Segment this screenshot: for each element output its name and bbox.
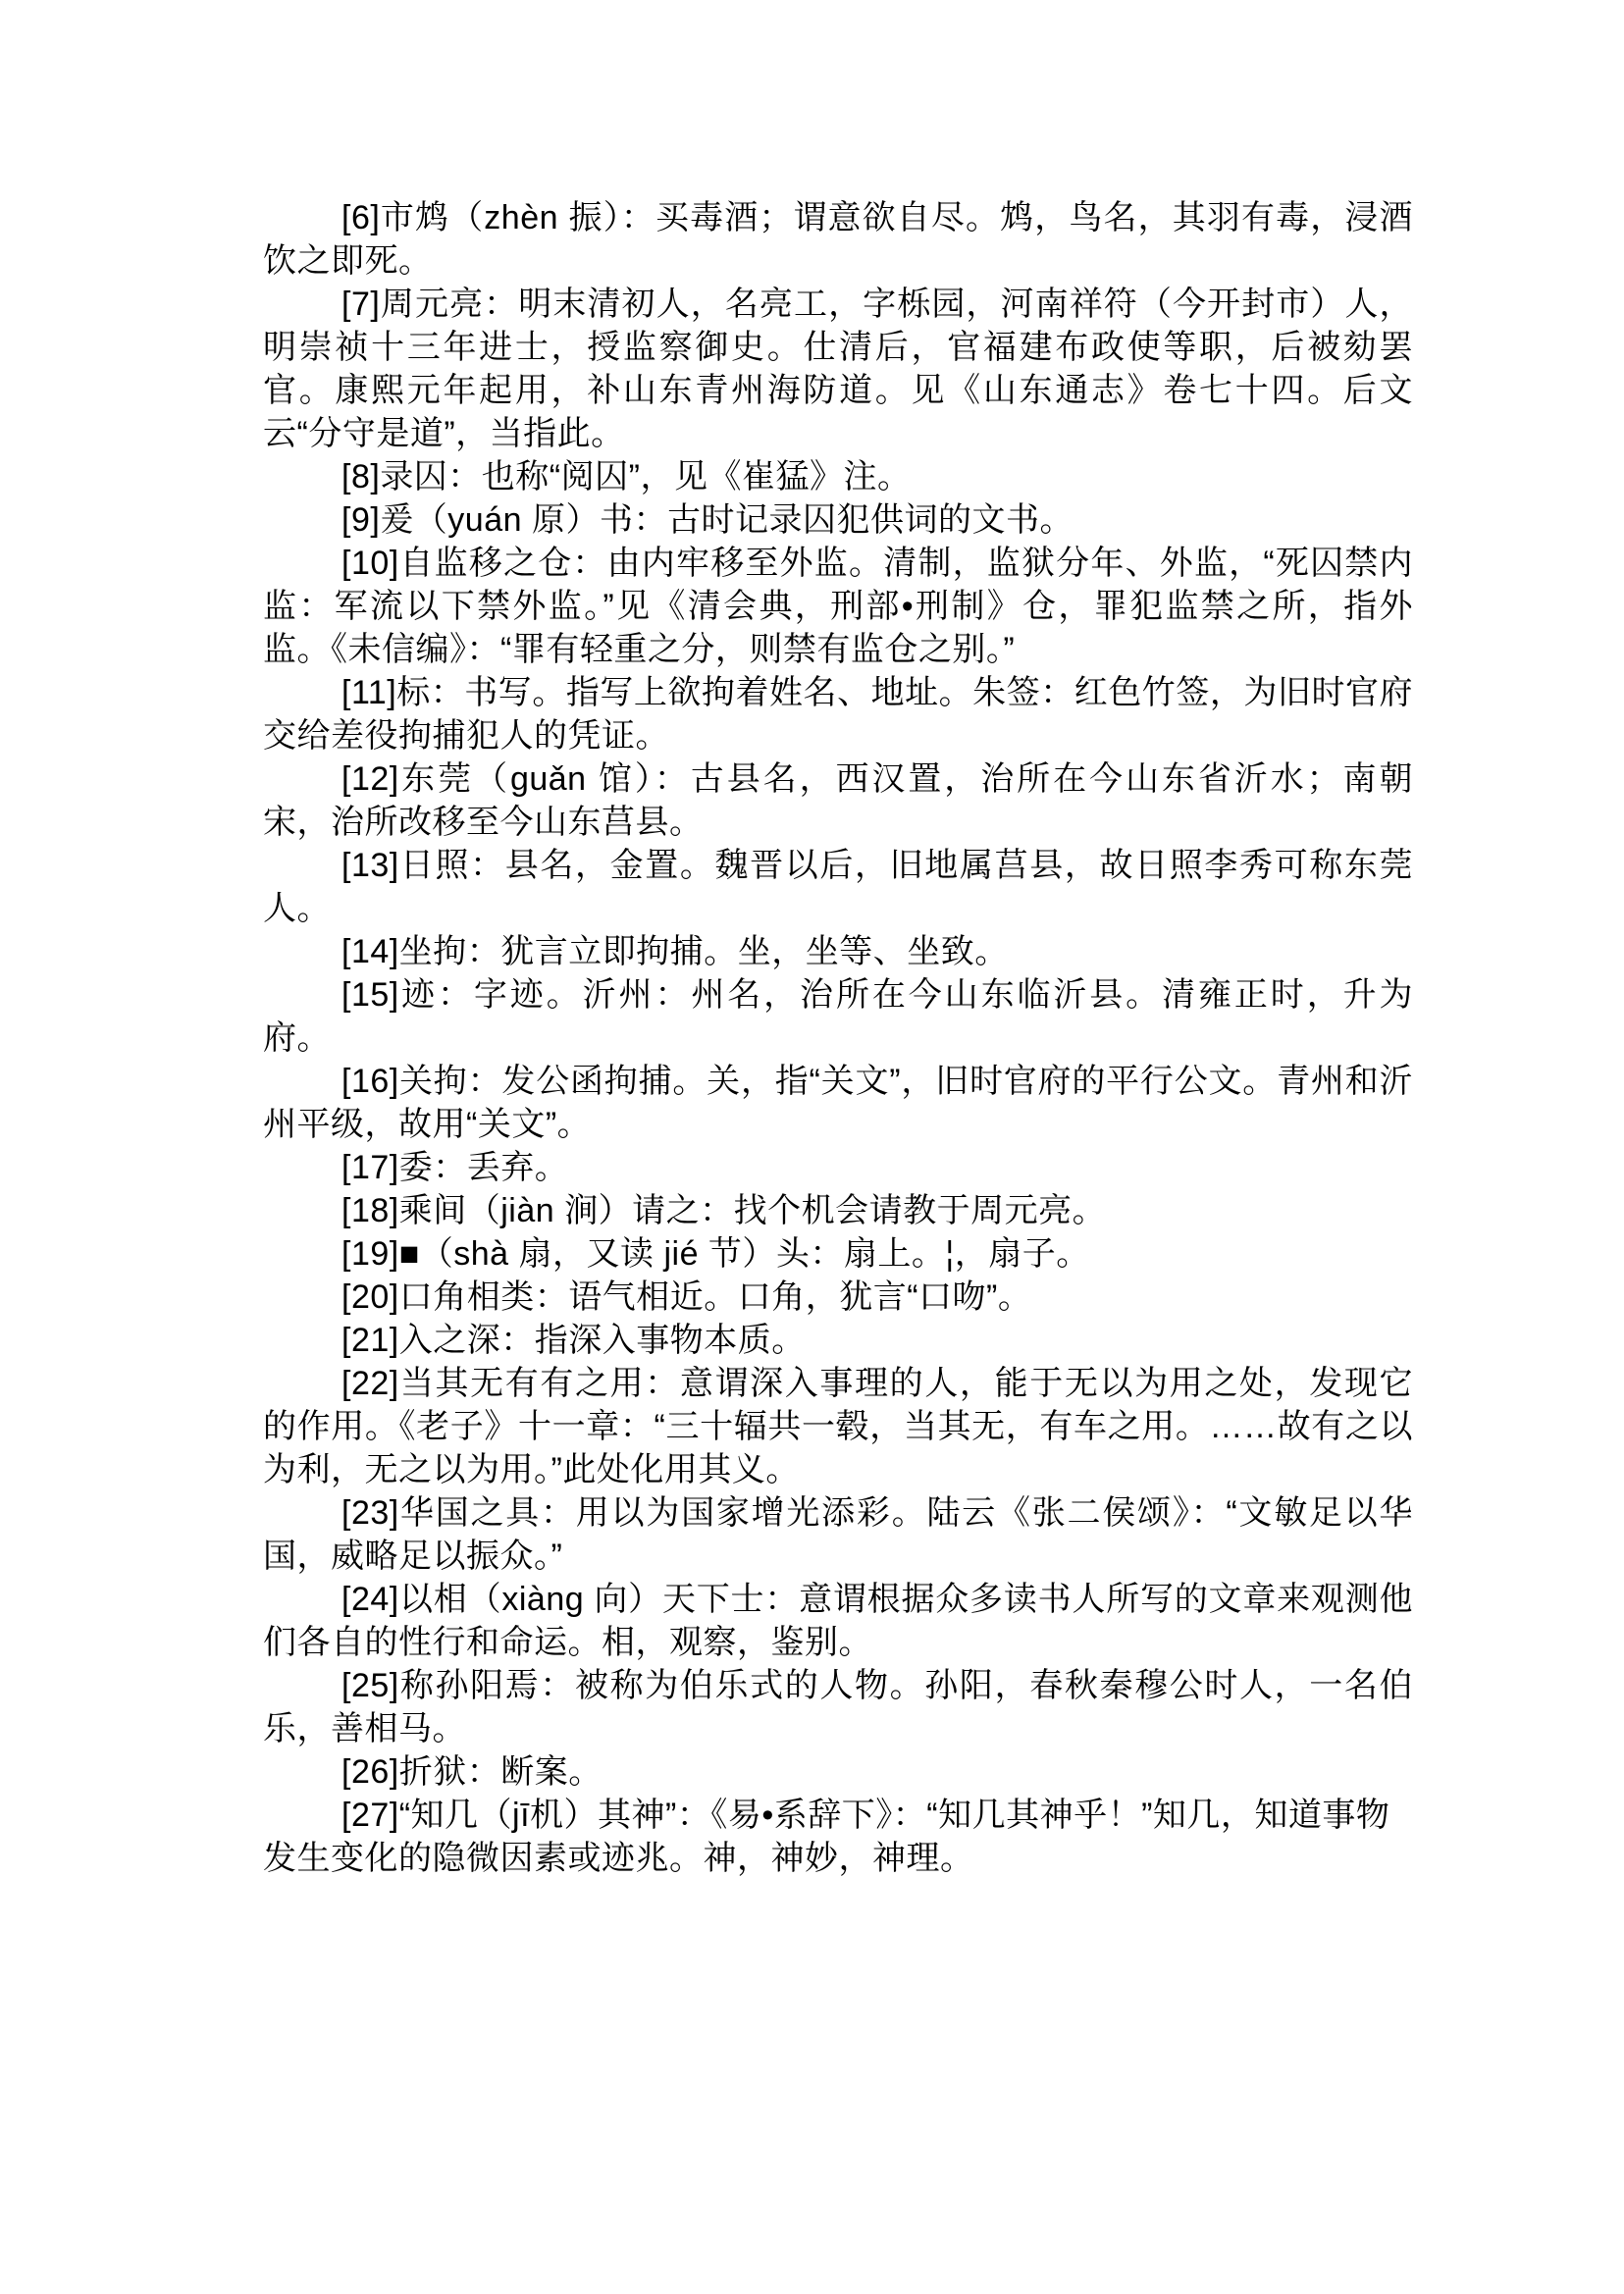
note-label: [15] <box>341 976 399 1014</box>
note-body: 口角相类：语气相近。口角，犹言“口吻”。 <box>399 1278 1032 1316</box>
note-paragraph: [10]自监移之仓：由内牢移至外监。清制，监狱分年、外监，“死囚禁内监：军流以下… <box>263 542 1413 671</box>
note-label: [16] <box>341 1063 399 1100</box>
note-label: [13] <box>341 847 399 884</box>
note-body: 录囚：也称“阅囚”，见《崔猛》注。 <box>380 458 911 495</box>
note-label: [20] <box>341 1278 399 1316</box>
note-label: [17] <box>341 1149 399 1186</box>
note-body: 乘间（jiàn 涧）请之：找个机会请教于周元亮。 <box>399 1192 1106 1229</box>
note-paragraph: [16]关拘：发公函拘捕。关，指“关文”，旧时官府的平行公文。青州和沂州平级，故… <box>263 1060 1413 1146</box>
note-body: 爰（yuán 原）书：古时记录囚犯供词的文书。 <box>380 501 1074 539</box>
note-body: 周元亮：明末清初人，名亮工，字栎园，河南祥符（今开封市）人，明崇祯十三年进士，授… <box>263 286 1413 452</box>
note-paragraph: [22]当其无有有之用：意谓深入事理的人，能于无以为用之处，发现它的作用。《老子… <box>263 1362 1413 1491</box>
note-label: [12] <box>341 760 399 798</box>
note-paragraph: [21]入之深：指深入事物本质。 <box>263 1319 1413 1362</box>
note-label: [24] <box>341 1581 399 1618</box>
note-label: [19] <box>341 1235 399 1273</box>
note-paragraph: [9]爰（yuán 原）书：古时记录囚犯供词的文书。 <box>263 498 1413 542</box>
note-label: [27] <box>341 1797 399 1834</box>
note-body: 迹：字迹。沂州：州名，治所在今山东临沂县。清雍正时，升为府。 <box>263 976 1413 1057</box>
note-label: [8] <box>341 458 380 495</box>
note-body: 当其无有有之用：意谓深入事理的人，能于无以为用之处，发现它的作用。《老子》十一章… <box>263 1365 1413 1488</box>
note-paragraph: [6]市鸩（zhèn 振）：买毒酒；谓意欲自尽。鸩，鸟名，其羽有毒，浸酒饮之即死… <box>263 196 1413 283</box>
note-label: [25] <box>341 1667 399 1704</box>
note-paragraph: [12]东莞（guǎn 馆）：古县名，西汉置，治所在今山东省沂水；南朝宋，治所改… <box>263 757 1413 844</box>
note-label: [22] <box>341 1365 399 1402</box>
note-paragraph: [26]折狱：断案。 <box>263 1750 1413 1794</box>
note-label: [11] <box>341 674 396 711</box>
note-paragraph: [20]口角相类：语气相近。口角，犹言“口吻”。 <box>263 1276 1413 1319</box>
note-body: “知几（jī机）其神”：《易•系辞下》：“知几其神乎！”知几，知道事物发生变化的… <box>263 1797 1389 1877</box>
note-paragraph: [19]■（shà 扇，又读 jié 节）头：扇上。¦，扇子。 <box>263 1232 1413 1276</box>
note-body: 华国之具：用以为国家增光添彩。陆云《张二侯颂》：“文敏足以华国，威略足以振众。” <box>263 1494 1413 1575</box>
note-body: 市鸩（zhèn 振）：买毒酒；谓意欲自尽。鸩，鸟名，其羽有毒，浸酒饮之即死。 <box>263 199 1413 280</box>
note-body: 折狱：断案。 <box>399 1753 602 1791</box>
note-label: [21] <box>341 1322 399 1359</box>
note-paragraph: [18]乘间（jiàn 涧）请之：找个机会请教于周元亮。 <box>263 1189 1413 1232</box>
note-label: [26] <box>341 1753 399 1791</box>
note-label: [10] <box>341 545 399 582</box>
notes-list: [6]市鸩（zhèn 振）：买毒酒；谓意欲自尽。鸩，鸟名，其羽有毒，浸酒饮之即死… <box>263 196 1413 1880</box>
note-body: 称孙阳焉：被称为伯乐式的人物。孙阳，春秋秦穆公时人，一名伯乐，善相马。 <box>263 1667 1413 1747</box>
note-paragraph: [13]日照：县名，金置。魏晋以后，旧地属莒县，故日照李秀可称东莞人。 <box>263 844 1413 930</box>
note-body: 东莞（guǎn 馆）：古县名，西汉置，治所在今山东省沂水；南朝宋，治所改移至今山… <box>263 760 1413 841</box>
note-paragraph: [23]华国之具：用以为国家增光添彩。陆云《张二侯颂》：“文敏足以华国，威略足以… <box>263 1491 1413 1578</box>
note-body: 日照：县名，金置。魏晋以后，旧地属莒县，故日照李秀可称东莞人。 <box>263 847 1413 927</box>
note-label: [7] <box>341 286 380 323</box>
note-body: 入之深：指深入事物本质。 <box>399 1322 806 1359</box>
note-label: [6] <box>341 199 380 236</box>
note-body: 坐拘：犹言立即拘捕。坐，坐等、坐致。 <box>399 933 1009 970</box>
note-label: [18] <box>341 1192 399 1229</box>
note-body: 委：丢弃。 <box>399 1149 569 1186</box>
note-body: ■（shà 扇，又读 jié 节）头：扇上。¦，扇子。 <box>399 1235 1090 1273</box>
note-paragraph: [14]坐拘：犹言立即拘捕。坐，坐等、坐致。 <box>263 930 1413 973</box>
note-body: 以相（xiàng 向）天下士：意谓根据众多读书人所写的文章来观测他们各自的性行和… <box>263 1581 1413 1661</box>
note-body: 标：书写。指写上欲拘着姓名、地址。朱签：红色竹签，为旧时官府交给差役拘捕犯人的凭… <box>263 674 1413 755</box>
note-label: [23] <box>341 1494 399 1532</box>
note-paragraph: [15]迹：字迹。沂州：州名，治所在今山东临沂县。清雍正时，升为府。 <box>263 973 1413 1060</box>
note-body: 关拘：发公函拘捕。关，指“关文”，旧时官府的平行公文。青州和沂州平级，故用“关文… <box>263 1063 1413 1143</box>
document-page: [6]市鸩（zhèn 振）：买毒酒；谓意欲自尽。鸩，鸟名，其羽有毒，浸酒饮之即死… <box>0 0 1624 2294</box>
note-paragraph: [24]以相（xiàng 向）天下士：意谓根据众多读书人所写的文章来观测他们各自… <box>263 1578 1413 1664</box>
note-label: [14] <box>341 933 399 970</box>
note-paragraph: [8]录囚：也称“阅囚”，见《崔猛》注。 <box>263 455 1413 498</box>
note-paragraph: [11]标：书写。指写上欲拘着姓名、地址。朱签：红色竹签，为旧时官府交给差役拘捕… <box>263 671 1413 757</box>
note-label: [9] <box>341 501 380 539</box>
note-paragraph: [25]称孙阳焉：被称为伯乐式的人物。孙阳，春秋秦穆公时人，一名伯乐，善相马。 <box>263 1664 1413 1750</box>
note-paragraph: [7]周元亮：明末清初人，名亮工，字栎园，河南祥符（今开封市）人，明崇祯十三年进… <box>263 283 1413 455</box>
note-paragraph: [17]委：丢弃。 <box>263 1146 1413 1189</box>
note-paragraph: [27]“知几（jī机）其神”：《易•系辞下》：“知几其神乎！”知几，知道事物发… <box>263 1794 1413 1880</box>
note-body: 自监移之仓：由内牢移至外监。清制，监狱分年、外监，“死囚禁内监：军流以下禁外监。… <box>263 545 1413 668</box>
